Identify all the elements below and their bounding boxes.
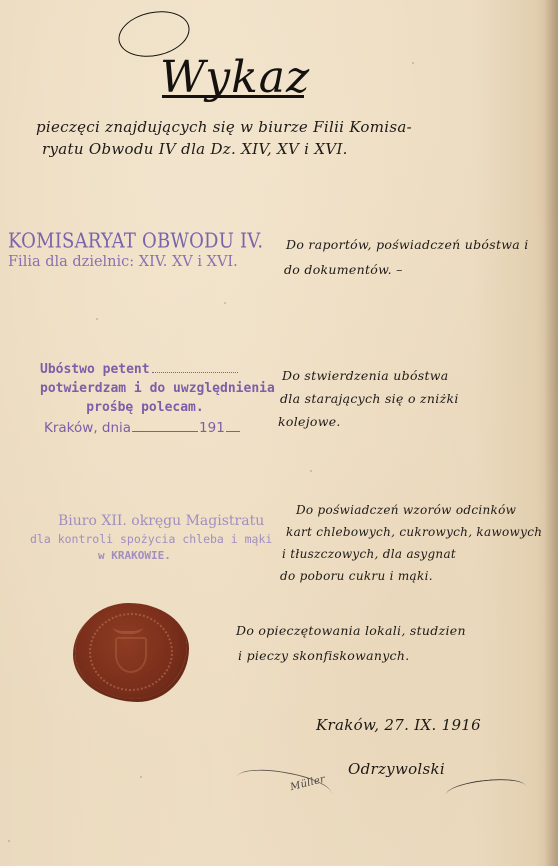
paper-speck [224,302,226,304]
document-page: Wykaz pieczęci znajdujących się w biurze… [0,0,558,866]
paper-speck [310,470,312,472]
entry-4-line-2: i pieczy skonfiskowanych. [238,648,409,663]
entry-3-line-1: Do poświadczeń wzorów odcinków [296,503,516,517]
secondary-signature-flourish [234,764,333,807]
entry-3-line-4: do poboru cukru i mąki. [280,569,433,583]
blank-date-field [132,431,198,432]
official-signature: Odrzywolski [348,760,445,778]
biuro-stamp-line-1: Biuro XII. okręgu Magistratu [58,513,264,529]
entry-3-line-3: i tłuszczowych, dla asygnat [282,547,456,561]
seal-coat-of-arms-icon [115,637,147,673]
subtitle-line-2: ryatu Obwodu IV dla Dz. XIV, XV i XVI. [42,140,348,158]
page-edge-shadow [544,0,558,866]
ubostwo-stamp-text: Ubóstwo petent [40,362,150,377]
entry-3-line-2: kart chlebowych, cukrowych, kawowych [286,525,542,539]
biuro-stamp-line-2: dla kontroli spożycia chleba i mąki [30,532,272,546]
komisaryat-stamp-line-1: KOMISARYAT OBWODU IV. [8,229,263,253]
ubostwo-stamp-line-4: Kraków, dnia191 [44,420,241,436]
entry-1-line-2: do dokumentów. – [284,262,403,277]
wax-seal [75,603,187,699]
paper-speck [96,318,98,320]
paper-speck [412,62,414,64]
ubostwo-place-date-label: Kraków, dnia [44,420,131,436]
komisaryat-stamp-line-2: Filia dla dzielnic: XIV. XV i XVI. [8,254,238,270]
ubostwo-stamp-line-3: prośbę polecam. [40,400,250,415]
blank-year-field [226,431,240,432]
closing-date-line: Kraków, 27. IX. 1916 [316,716,481,734]
entry-2-line-3: kolejowe. [278,414,341,429]
ubostwo-year-prefix: 191 [199,420,225,436]
blank-field-dotted [152,372,238,373]
ubostwo-stamp-line-2: potwierdzam i do uwzględnienia [40,381,275,396]
paper-speck [140,776,142,778]
biuro-stamp-line-3: w KRAKOWIE. [98,549,171,562]
paper-speck [8,840,10,842]
entry-2-line-2: dla starających się o zniżki [280,391,459,406]
seal-crown-icon [113,617,143,634]
entry-2-line-1: Do stwierdzenia ubóstwa [282,368,449,383]
title-underline [162,95,304,98]
ubostwo-stamp-line-1: Ubóstwo petent [40,362,238,377]
subtitle-line-1: pieczęci znajdujących się w biurze Filii… [36,118,412,136]
entry-4-line-1: Do opieczętowania lokali, studzien [236,623,466,638]
entry-1-line-1: Do raportów, poświadczeń ubóstwa i [286,237,529,252]
signature-flourish [445,776,527,805]
